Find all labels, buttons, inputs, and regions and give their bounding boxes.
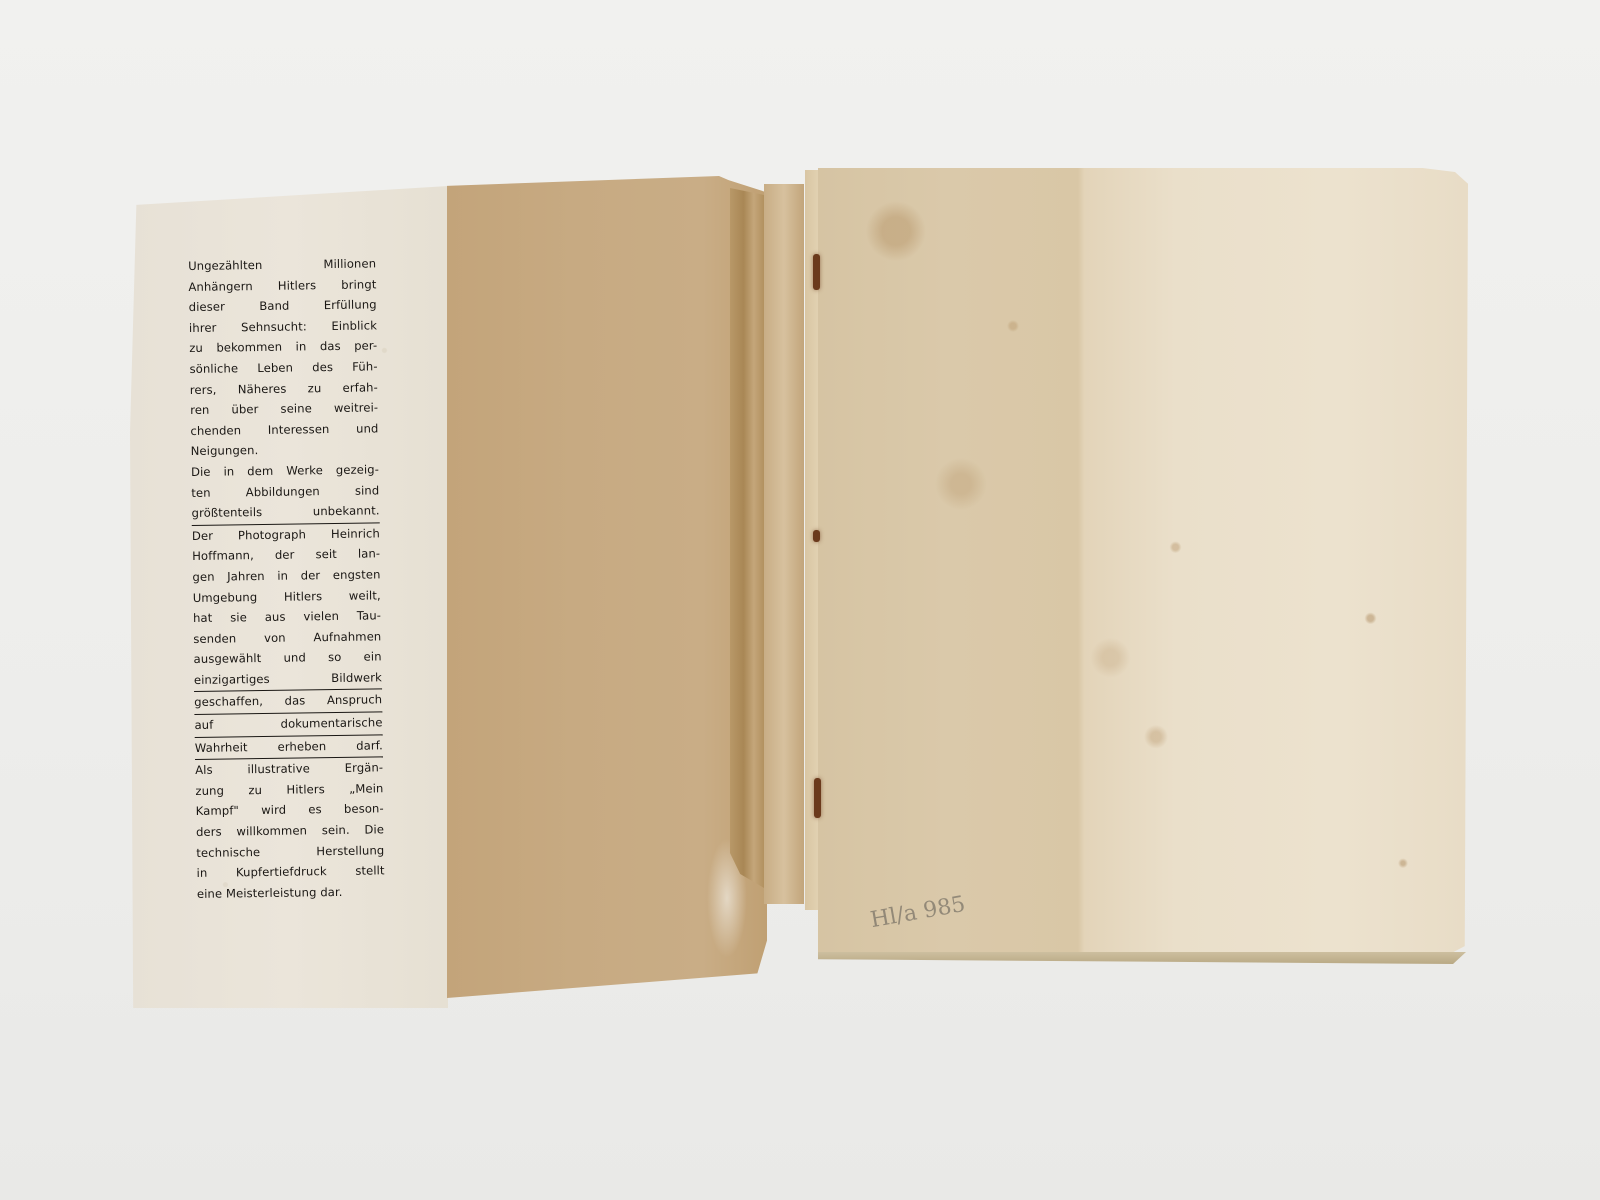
- blurb-line: zung zu Hitlers „Mein: [195, 778, 383, 801]
- blurb-line: Als illustrative Ergän-: [195, 758, 383, 781]
- blurb-line-underlined: geschaffen, das Anspruch: [194, 690, 382, 715]
- blurb-line-underlined: Wahrheit erheben darf.: [195, 735, 383, 760]
- blurb-line: Anhängern Hitlers bringt: [188, 274, 376, 297]
- blurb-line: hat sie aus vielen Tau-: [193, 605, 381, 628]
- blurb-line: eine Meisterleistung dar.: [197, 881, 385, 904]
- book-cover-right: [818, 168, 1468, 958]
- blurb-line: ren über seine weitrei-: [190, 398, 378, 421]
- blurb-line: senden von Aufnahmen: [193, 626, 381, 649]
- book-photo: Ungezählten Millionen Anhängern Hitlers …: [0, 0, 1600, 1200]
- blurb-line: ders willkommen sein. Die: [196, 819, 384, 842]
- blurb-line: Kampf" wird es beson-: [196, 799, 384, 822]
- flap-blurb-text: Ungezählten Millionen Anhängern Hitlers …: [188, 253, 385, 904]
- blurb-line: technische Herstellung: [196, 840, 384, 863]
- blurb-line: Die in dem Werke gezeig-: [191, 459, 379, 482]
- blurb-line: ausgewählt und so ein: [193, 647, 381, 670]
- blurb-line: zu bekommen in das per-: [189, 336, 377, 359]
- blurb-line: dieser Band Erfüllung: [189, 295, 377, 318]
- blurb-line: ihrer Sehnsucht: Einblick: [189, 315, 377, 338]
- blurb-line: rers, Näheres zu erfah-: [190, 377, 378, 400]
- inner-brown-panel: [447, 176, 767, 998]
- blurb-line: gen Jahren in der engsten: [192, 564, 380, 587]
- blurb-line: chenden Interessen und: [190, 418, 378, 441]
- blurb-line: Ungezählten Millionen: [188, 253, 376, 276]
- torn-spine-strip: [730, 188, 764, 888]
- blurb-line-underlined: größtenteils unbekannt.: [191, 500, 379, 525]
- page-block-edge: [818, 952, 1466, 964]
- rusty-staple: [813, 530, 820, 542]
- blurb-line: in Kupfertiefdruck stellt: [196, 861, 384, 884]
- blurb-line: Neigungen.: [191, 439, 379, 462]
- blurb-line-underlined: auf dokumentarische: [194, 712, 382, 737]
- blurb-line: ten Abbildungen sind: [191, 480, 379, 503]
- rusty-staple: [814, 778, 821, 818]
- blurb-line-underlined: einzigartiges Bildwerk: [194, 667, 382, 692]
- torn-spine-strip: [764, 184, 804, 904]
- blurb-line: sönliche Leben des Füh-: [189, 356, 377, 379]
- blurb-line: Hoffmann, der seit lan-: [192, 544, 380, 567]
- blurb-line: Der Photograph Heinrich: [192, 523, 380, 546]
- rusty-staple: [813, 254, 820, 290]
- blurb-line: Umgebung Hitlers weilt,: [193, 585, 381, 608]
